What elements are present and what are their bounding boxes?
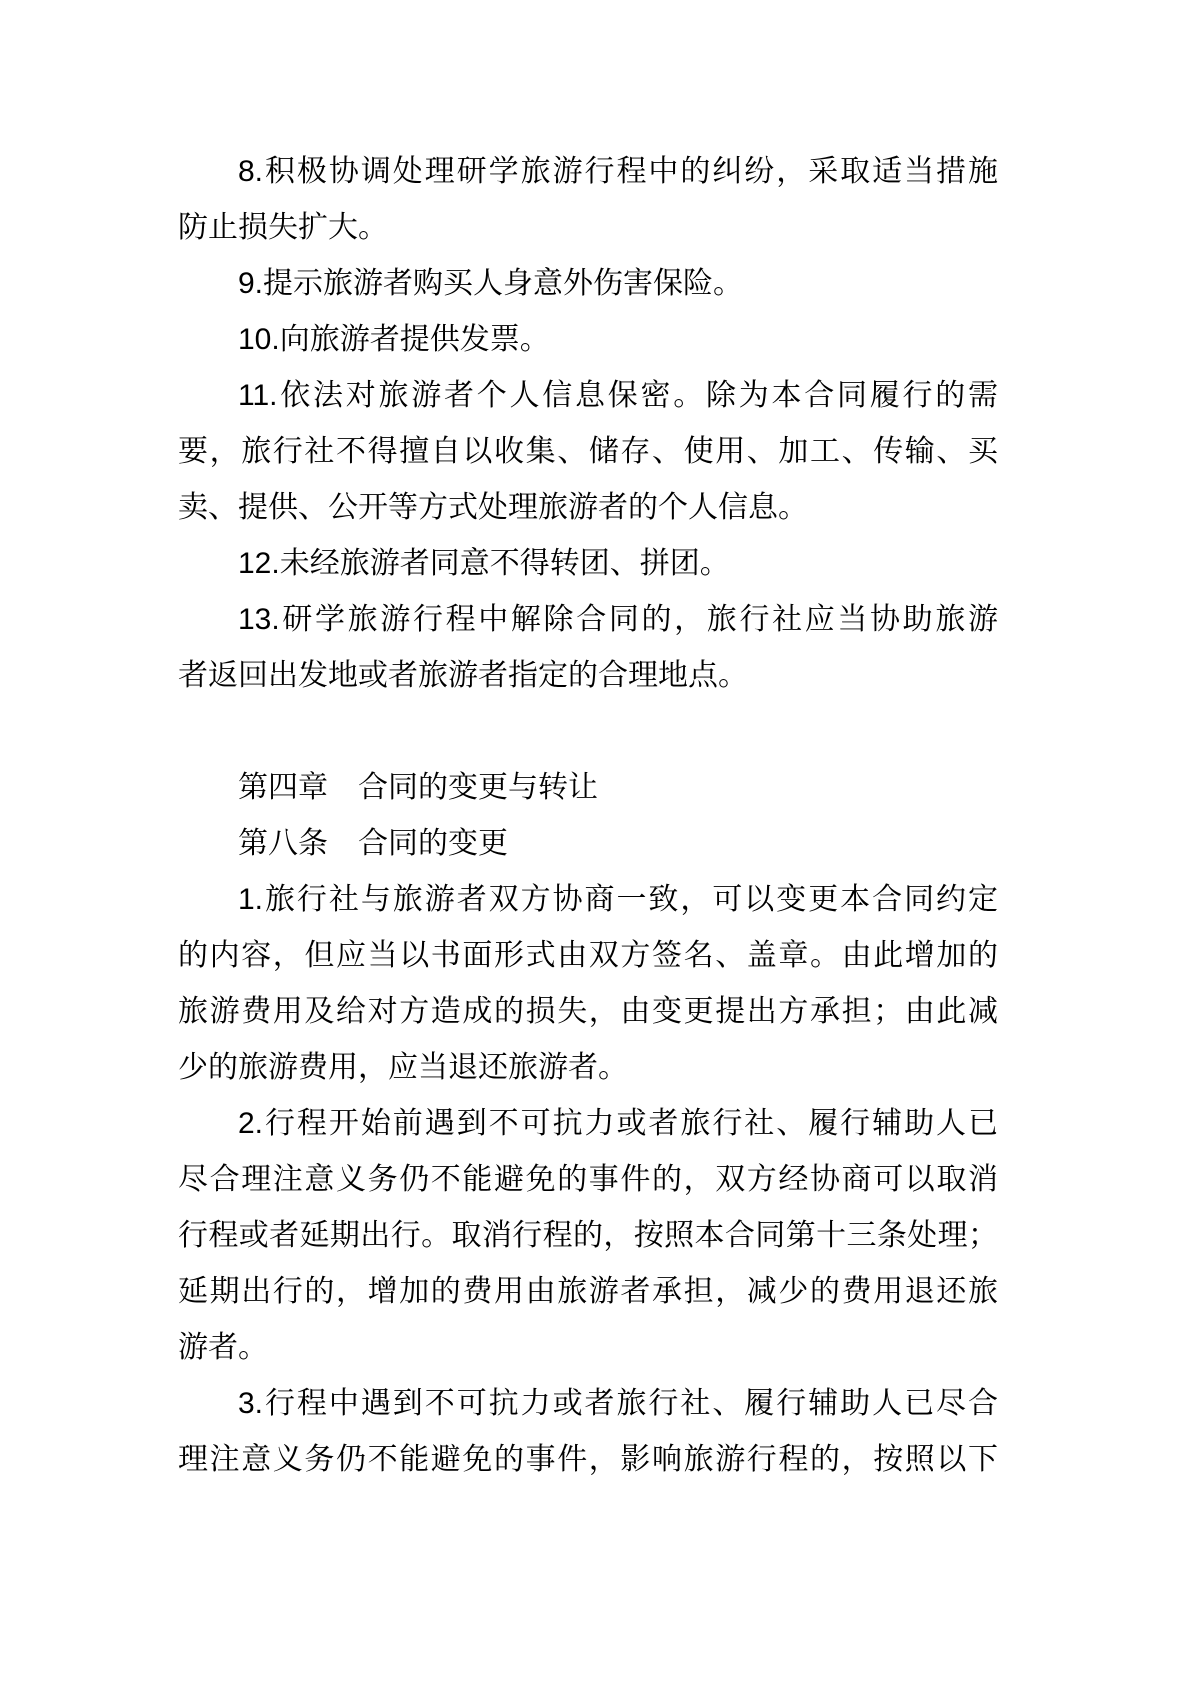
item-2-line-3: 行程或者延期出行。取消行程的，按照本合同第十三条处理； [178,1208,998,1264]
document-page: 8.积极协调处理研学旅游行程中的纠纷，采取适当措施防止损失扩大。9.提示旅游者购… [0,0,1190,1682]
item-2-line-5: 游者。 [178,1320,998,1376]
clause-11-line-3: 卖、提供、公开等方式处理旅游者的个人信息。 [178,480,998,536]
clause-13-line-2: 者返回出发地或者旅游者指定的合理地点。 [178,648,998,704]
clause-13-line-1: 13.研学旅游行程中解除合同的，旅行社应当协助旅游 [178,592,998,648]
item-2-line-2: 尽合理注意义务仍不能避免的事件的，双方经协商可以取消 [178,1152,998,1208]
clause-12-line-1: 12.未经旅游者同意不得转团、拼团。 [178,536,998,592]
clause-8-line-1: 8.积极协调处理研学旅游行程中的纠纷，采取适当措施 [178,144,998,200]
clause-10-line-1: 10.向旅游者提供发票。 [178,312,998,368]
item-1-line-2: 的内容，但应当以书面形式由双方签名、盖章。由此增加的 [178,928,998,984]
contract-text-block: 8.积极协调处理研学旅游行程中的纠纷，采取适当措施防止损失扩大。9.提示旅游者购… [178,144,998,1488]
blank-line [178,704,998,760]
item-1-line-4: 少的旅游费用，应当退还旅游者。 [178,1040,998,1096]
item-3-line-1: 3.行程中遇到不可抗力或者旅行社、履行辅助人已尽合 [178,1376,998,1432]
clause-9-line-1: 9.提示旅游者购买人身意外伤害保险。 [178,256,998,312]
item-3-line-2: 理注意义务仍不能避免的事件，影响旅游行程的，按照以下 [178,1432,998,1488]
clause-8-line-2: 防止损失扩大。 [178,200,998,256]
item-2-line-4: 延期出行的，增加的费用由旅游者承担，减少的费用退还旅 [178,1264,998,1320]
article-heading-line: 第八条 合同的变更 [178,816,998,872]
clause-11-line-2: 要，旅行社不得擅自以收集、储存、使用、加工、传输、买 [178,424,998,480]
chapter-heading-line: 第四章 合同的变更与转让 [178,760,998,816]
item-1-line-1: 1.旅行社与旅游者双方协商一致，可以变更本合同约定 [178,872,998,928]
clause-11-line-1: 11.依法对旅游者个人信息保密。除为本合同履行的需 [178,368,998,424]
item-2-line-1: 2.行程开始前遇到不可抗力或者旅行社、履行辅助人已 [178,1096,998,1152]
item-1-line-3: 旅游费用及给对方造成的损失，由变更提出方承担；由此减 [178,984,998,1040]
